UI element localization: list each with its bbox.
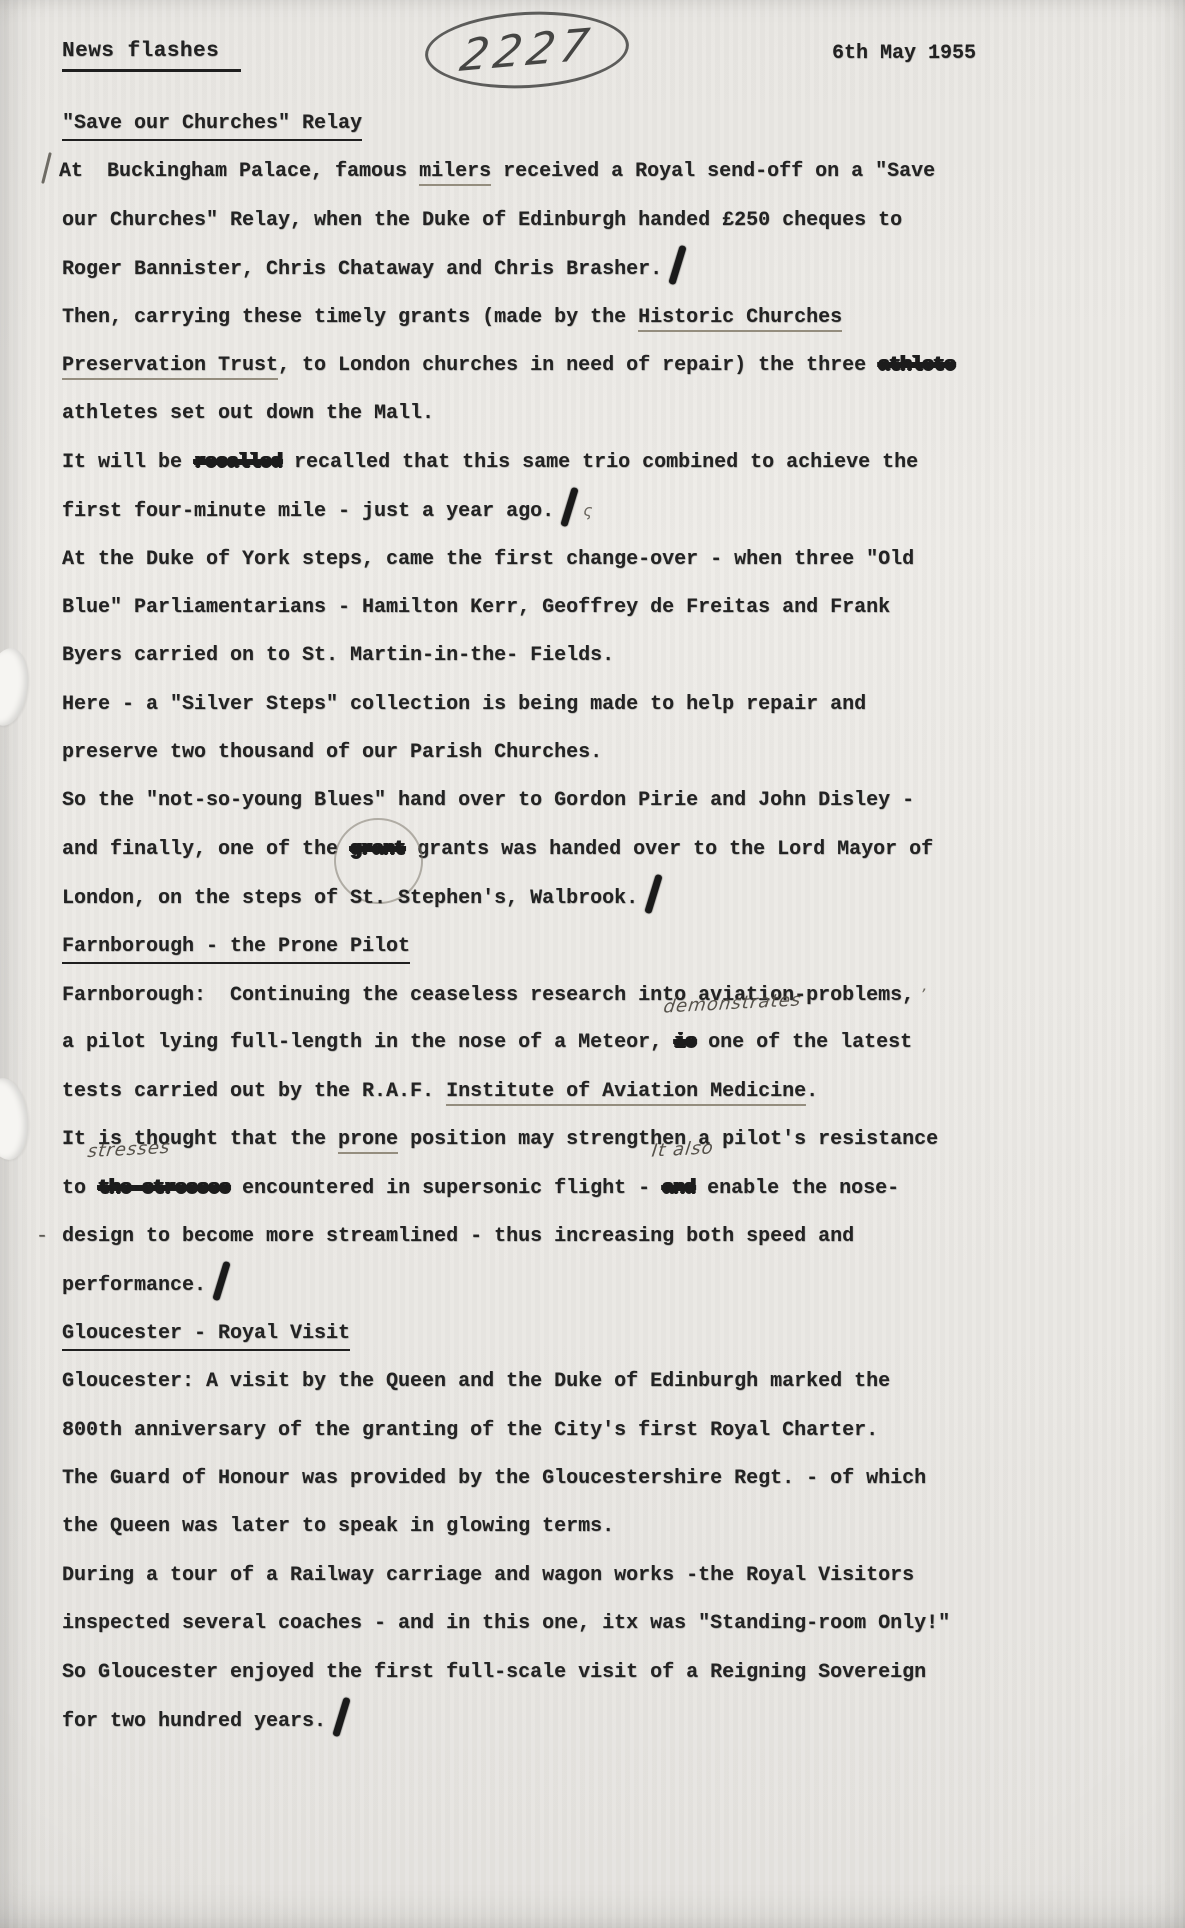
text-line: tests carried out by the R.A.F. Institut… bbox=[62, 1068, 1145, 1116]
handwritten-mark: ’ bbox=[920, 985, 925, 1004]
text-run: It will be bbox=[62, 451, 194, 474]
text-line: Blue" Parliamentarians - Hamilton Kerr, … bbox=[62, 584, 1145, 632]
text-run: Here - a "Silver Steps" collection is be… bbox=[62, 693, 866, 716]
text-line: Byers carried on to St. Martin-in-the- F… bbox=[62, 632, 1145, 680]
pen-slash-mark bbox=[212, 1261, 230, 1301]
corrected-text: It alsoand bbox=[662, 1165, 695, 1213]
text-line: At Buckingham Palace, famous milers rece… bbox=[62, 148, 1145, 196]
text-run: Roger Bannister, Chris Chataway and Chri… bbox=[62, 258, 662, 281]
typed-overstrike: recalled bbox=[194, 451, 282, 474]
text-line: our Churches" Relay, when the Duke of Ed… bbox=[62, 197, 1145, 245]
pencil-underlined-text: milers bbox=[419, 160, 491, 186]
text-line: Farnborough: Continuing the ceaseless re… bbox=[62, 971, 1145, 1019]
corrected-text: demonstratesis bbox=[674, 1019, 696, 1067]
text-line: It is thought that the prone position ma… bbox=[62, 1116, 1145, 1164]
heading-text: Gloucester - Royal Visit bbox=[62, 1322, 350, 1351]
paper-tear bbox=[0, 645, 33, 728]
handwritten-mark: ς bbox=[583, 501, 592, 520]
text-line: The Guard of Honour was provided by the … bbox=[62, 1455, 1145, 1503]
text-run: a pilot lying full-length in the nose of… bbox=[62, 1031, 674, 1054]
heading-text: "Save our Churches" Relay bbox=[62, 112, 362, 141]
text-line: preserve two thousand of our Parish Chur… bbox=[62, 729, 1145, 777]
text-line: Roger Bannister, Chris Chataway and Chri… bbox=[62, 245, 1145, 293]
pencil-underlined-text: Preservation Trust bbox=[62, 354, 278, 380]
text-run: At Buckingham Palace, famous bbox=[59, 160, 419, 183]
text-line: Then, carrying these timely grants (made… bbox=[62, 294, 1145, 342]
text-line: performance. bbox=[62, 1261, 1145, 1309]
text-run: grants was handed over to the Lord Mayor… bbox=[405, 838, 933, 861]
text-line: 800th anniversary of the granting of the… bbox=[62, 1407, 1145, 1455]
corrected-text: stressesthe stresses bbox=[98, 1165, 230, 1213]
text-run: inspected several coaches - and in this … bbox=[62, 1612, 950, 1635]
text-run: Byers carried on to St. Martin-in-the- F… bbox=[62, 644, 614, 667]
text-run: Gloucester: A visit by the Queen and the… bbox=[62, 1370, 890, 1393]
text-line: for two hundred years. bbox=[62, 1697, 1145, 1745]
text-line: inspected several coaches - and in this … bbox=[62, 1600, 1145, 1648]
text-run: , to London churches in need of repair) … bbox=[278, 354, 878, 377]
text-run: encountered in supersonic flight - bbox=[230, 1177, 662, 1200]
handwritten-annotation: It also bbox=[651, 1139, 715, 1160]
text-line: So Gloucester enjoyed the first full-sca… bbox=[62, 1649, 1145, 1697]
text-run: performance. bbox=[62, 1274, 206, 1297]
text-run: London, on the steps of St. Stephen's, W… bbox=[62, 887, 638, 910]
text-run: to bbox=[62, 1177, 98, 1200]
text-line: Here - a "Silver Steps" collection is be… bbox=[62, 681, 1145, 729]
pencil-margin-mark: - bbox=[36, 1213, 48, 1261]
text-run: design to become more streamlined - thus… bbox=[62, 1225, 854, 1248]
handwritten-number: 2227 bbox=[457, 18, 598, 81]
text-line: Preservation Trust, to London churches i… bbox=[62, 342, 1145, 390]
text-run: Then, carrying these timely grants (made… bbox=[62, 306, 638, 329]
text-line: athletes set out down the Mall. bbox=[62, 390, 1145, 438]
text-run: for two hundred years. bbox=[62, 1710, 326, 1733]
pencil-slash-mark bbox=[41, 153, 52, 185]
page-header: News flashes 2227 6th May 1955 bbox=[0, 0, 1185, 110]
text-run: the Queen was later to speak in glowing … bbox=[62, 1515, 614, 1538]
text-run: During a tour of a Railway carriage and … bbox=[62, 1564, 914, 1587]
text-line: a pilot lying full-length in the nose of… bbox=[62, 1019, 1145, 1067]
scanned-typescript-page: News flashes 2227 6th May 1955 "Save our… bbox=[0, 0, 1185, 1928]
text-run: At the Duke of York steps, came the firs… bbox=[62, 548, 914, 571]
text-line: It will be recalled recalled that this s… bbox=[62, 439, 1145, 487]
text-line: During a tour of a Railway carriage and … bbox=[62, 1552, 1145, 1600]
text-line: London, on the steps of St. Stephen's, W… bbox=[62, 874, 1145, 922]
typed-overstrike: the stresses bbox=[98, 1177, 230, 1200]
text-run: recalled that this same trio combined to… bbox=[282, 451, 918, 474]
text-run: 800th anniversary of the granting of the… bbox=[62, 1419, 878, 1442]
pen-slash-mark bbox=[332, 1697, 350, 1737]
typed-overstrike: and bbox=[662, 1177, 695, 1200]
text-line: and finally, one of the grant grants was… bbox=[62, 826, 1145, 874]
pen-slash-mark bbox=[560, 487, 578, 527]
text-run: received a Royal send-off on a "Save bbox=[491, 160, 935, 183]
section-heading: Farnborough - the Prone Pilot bbox=[62, 923, 1145, 971]
pencil-underlined-text: Institute of Aviation Medicine bbox=[446, 1080, 806, 1106]
circled-overstrike: grant bbox=[350, 826, 405, 874]
text-line: first four-minute mile - just a year ago… bbox=[62, 487, 1145, 535]
pencil-underlined-text: Historic Churches bbox=[638, 306, 842, 332]
text-line: the Queen was later to speak in glowing … bbox=[62, 1503, 1145, 1551]
text-run: first four-minute mile - just a year ago… bbox=[62, 500, 554, 523]
typed-overstrike: athlete bbox=[878, 354, 955, 377]
pen-slash-mark bbox=[644, 874, 662, 914]
heading-text: Farnborough - the Prone Pilot bbox=[62, 935, 410, 964]
text-run: preserve two thousand of our Parish Chur… bbox=[62, 741, 602, 764]
page-title: News flashes bbox=[62, 40, 241, 72]
pencil-underlined-text: prone bbox=[338, 1128, 398, 1154]
text-line: So the "not-so-young Blues" hand over to… bbox=[62, 777, 1145, 825]
text-run: athletes set out down the Mall. bbox=[62, 402, 434, 425]
text-run: our Churches" Relay, when the Duke of Ed… bbox=[62, 209, 902, 232]
text-run: So Gloucester enjoyed the first full-sca… bbox=[62, 1661, 926, 1684]
handwritten-annotation: stresses bbox=[87, 1138, 172, 1160]
pen-slash-mark bbox=[668, 245, 686, 285]
typed-overstrike: is bbox=[674, 1031, 696, 1054]
text-run: tests carried out by the R.A.F. bbox=[62, 1080, 446, 1103]
text-run: So the "not-so-young Blues" hand over to… bbox=[62, 789, 914, 812]
circled-number: 2227 bbox=[423, 7, 631, 94]
paper-tear bbox=[0, 1076, 32, 1162]
text-run: The Guard of Honour was provided by the … bbox=[62, 1467, 926, 1490]
text-line: to stressesthe stresses encountered in s… bbox=[62, 1165, 1145, 1213]
section-heading: Gloucester - Royal Visit bbox=[62, 1310, 1145, 1358]
text-line: -design to become more streamlined - thu… bbox=[62, 1213, 1145, 1261]
document-body: "Save our Churches" RelayAt Buckingham P… bbox=[62, 100, 1145, 1745]
text-run: one of the latest bbox=[696, 1031, 912, 1054]
text-run: enable the nose- bbox=[695, 1177, 899, 1200]
text-run: Blue" Parliamentarians - Hamilton Kerr, … bbox=[62, 596, 890, 619]
section-heading: "Save our Churches" Relay bbox=[62, 100, 1145, 148]
text-line: At the Duke of York steps, came the firs… bbox=[62, 536, 1145, 584]
text-run: . bbox=[806, 1080, 818, 1103]
text-run: and finally, one of the bbox=[62, 838, 350, 861]
date-label: 6th May 1955 bbox=[832, 42, 976, 65]
text-line: Gloucester: A visit by the Queen and the… bbox=[62, 1358, 1145, 1406]
